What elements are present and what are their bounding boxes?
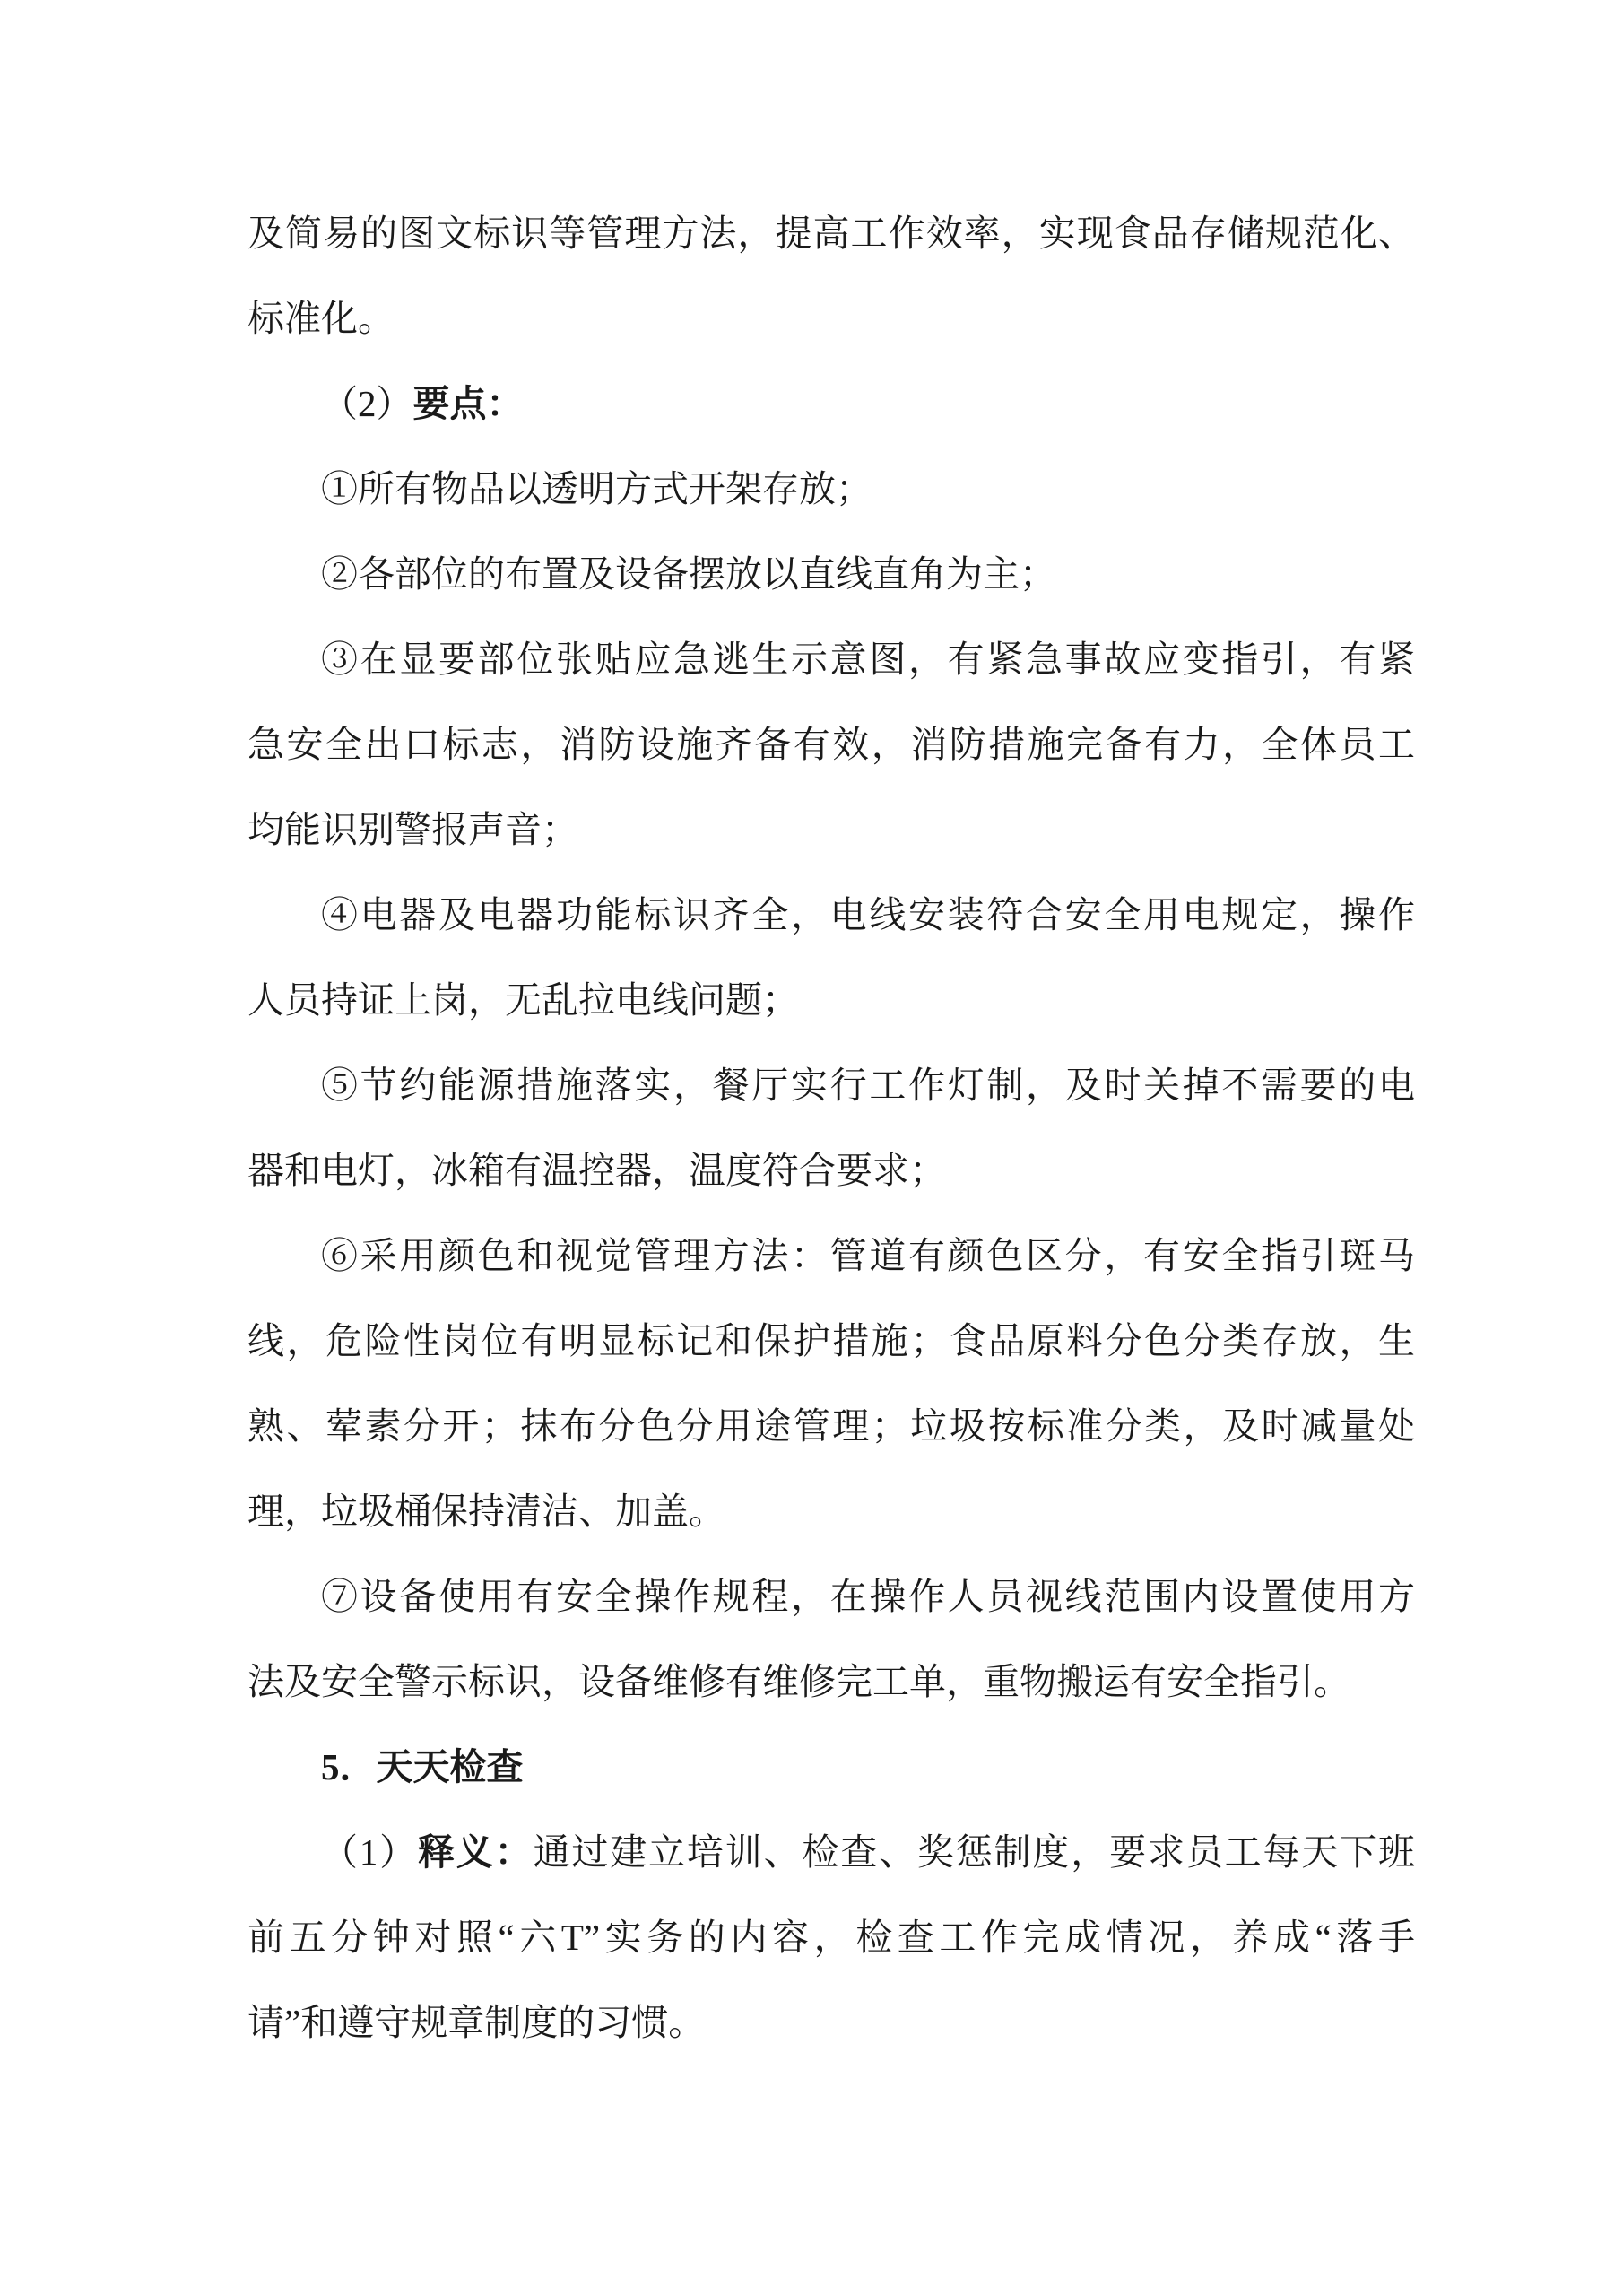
text-line: 急安全出口标志，消防设施齐备有效，消防措施完备有力，全体员工 bbox=[247, 702, 1415, 787]
text-line: 线，危险性岗位有明显标记和保护措施；食品原料分色分类存放，生 bbox=[247, 1299, 1415, 1384]
subheading-keypoints: （2）要点： bbox=[247, 361, 1415, 447]
definition-line: （1）释义：通过建立培训、检查、奖惩制度，要求员工每天下班 bbox=[247, 1810, 1415, 1895]
text-line: ①所有物品以透明方式开架存放； bbox=[247, 447, 1415, 532]
text-line: ③在显要部位张贴应急逃生示意图，有紧急事故应变指引，有紧 bbox=[247, 617, 1415, 702]
definition-text: 通过建立培训、检查、奖惩制度，要求员工每天下班 bbox=[534, 1831, 1415, 1873]
text-line: 请”和遵守规章制度的习惯。 bbox=[247, 1980, 1415, 2066]
heading-daily-check: 5．天天检查 bbox=[247, 1725, 1415, 1810]
text-line: ⑤节约能源措施落实，餐厅实行工作灯制，及时关掉不需要的电 bbox=[247, 1043, 1415, 1128]
document-page: 及简易的图文标识等管理方法，提高工作效率，实现食品存储规范化、 标准化。 （2）… bbox=[247, 191, 1415, 2066]
definition-label: 释义： bbox=[418, 1831, 534, 1873]
text-line: ⑥采用颜色和视觉管理方法：管道有颜色区分，有安全指引斑马 bbox=[247, 1213, 1415, 1299]
text-line: 及简易的图文标识等管理方法，提高工作效率，实现食品存储规范化、 bbox=[247, 191, 1415, 276]
definition-number: （1） bbox=[321, 1831, 418, 1873]
subheading-label: 要点： bbox=[413, 383, 524, 424]
text-line: ④电器及电器功能标识齐全，电线安装符合安全用电规定，操作 bbox=[247, 873, 1415, 958]
text-line: 前五分钟对照“六T”实务的内容，检查工作完成情况，养成“落手 bbox=[247, 1895, 1415, 1980]
text-line: 器和电灯，冰箱有温控器，温度符合要求； bbox=[247, 1128, 1415, 1213]
text-line: 法及安全警示标识，设备维修有维修完工单，重物搬运有安全指引。 bbox=[247, 1639, 1415, 1725]
subheading-number: （2） bbox=[321, 383, 413, 424]
text-line: ⑦设备使用有安全操作规程，在操作人员视线范围内设置使用方 bbox=[247, 1554, 1415, 1639]
text-line: 熟、荤素分开；抹布分色分用途管理；垃圾按标准分类，及时减量处 bbox=[247, 1384, 1415, 1469]
text-line: 理，垃圾桶保持清洁、加盖。 bbox=[247, 1469, 1415, 1554]
text-line: 人员持证上岗，无乱拉电线问题； bbox=[247, 958, 1415, 1043]
text-line: ②各部位的布置及设备摆放以直线直角为主； bbox=[247, 532, 1415, 617]
text-line: 标准化。 bbox=[247, 276, 1415, 361]
text-line: 均能识别警报声音； bbox=[247, 787, 1415, 873]
